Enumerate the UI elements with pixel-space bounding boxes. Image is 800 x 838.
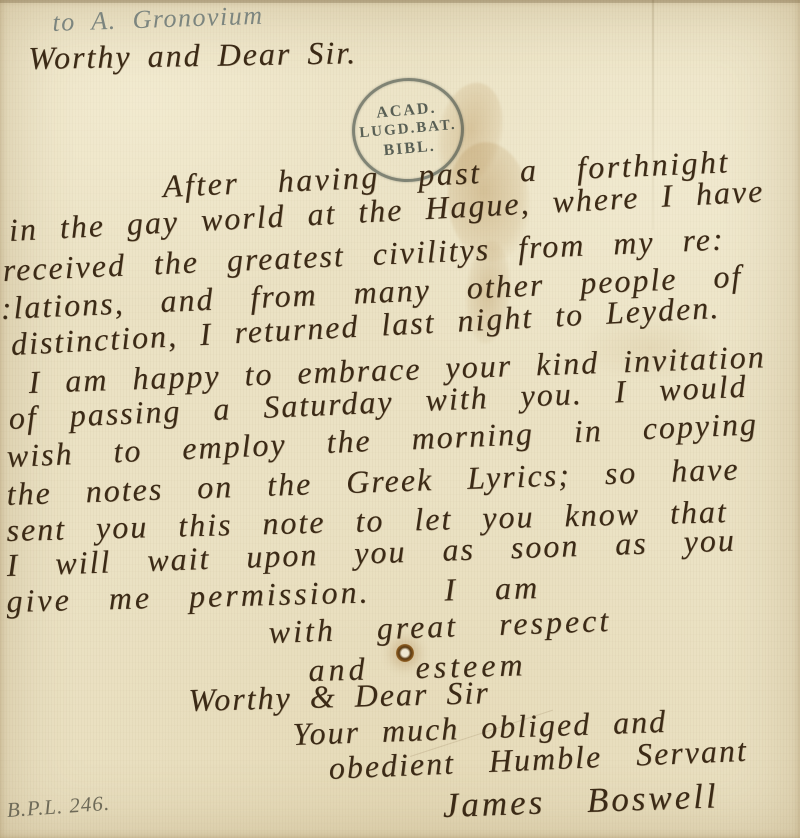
- signature: James Boswell: [442, 776, 719, 826]
- archival-annotation: to A. Gronovium: [52, 1, 264, 38]
- letter-scan: to A. Gronovium Worthy and Dear Sir. ACA…: [0, 0, 800, 838]
- shelfmark: B.P.L. 246.: [6, 791, 111, 823]
- salutation: Worthy and Dear Sir.: [28, 34, 357, 77]
- paper-edge-shadow: [0, 0, 800, 3]
